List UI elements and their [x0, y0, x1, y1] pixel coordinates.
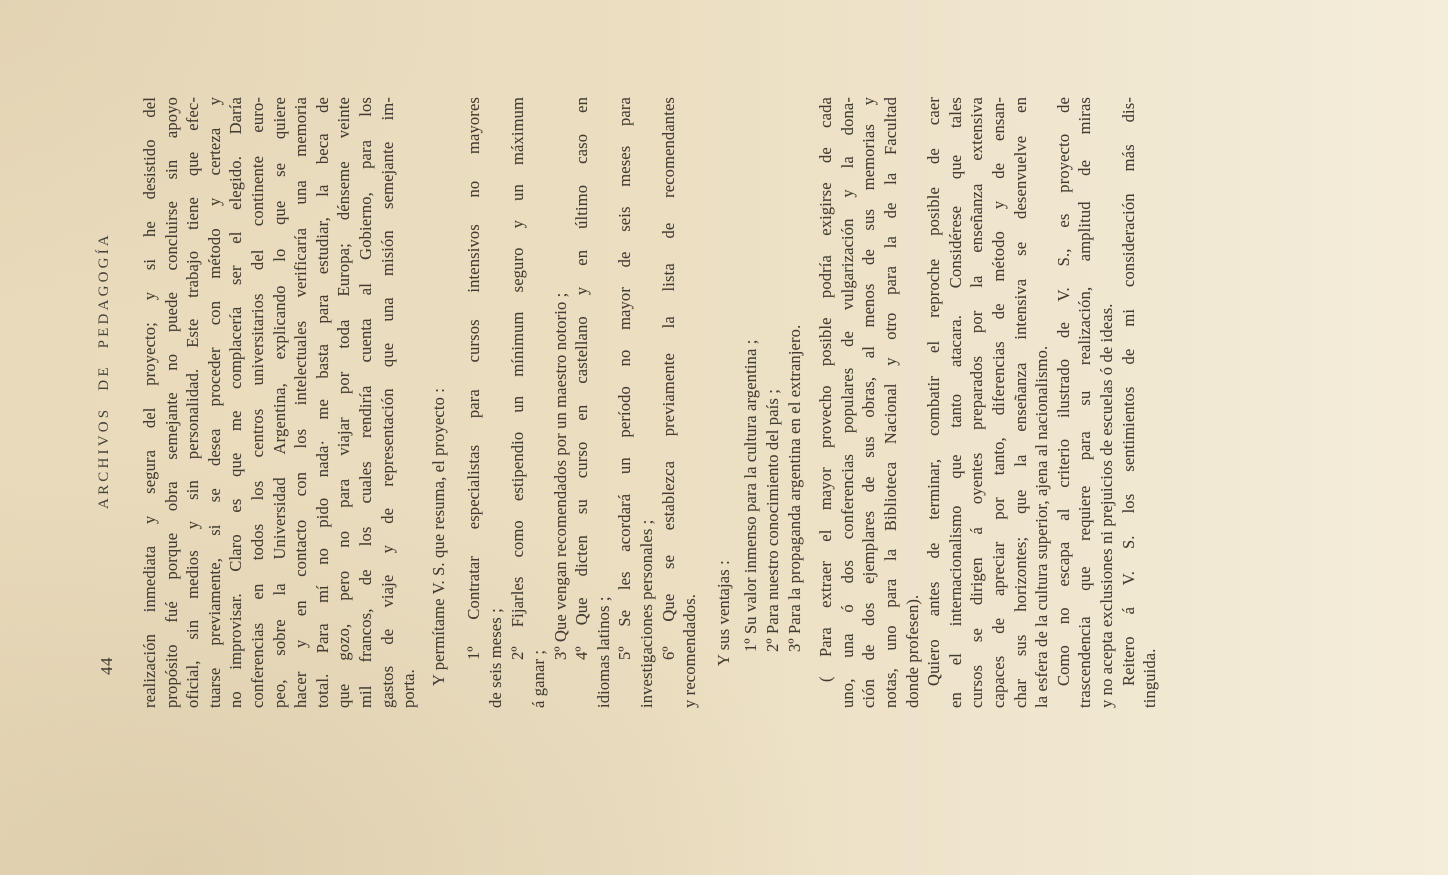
text-line: Como no escapa al criterio ilustrado de …: [1053, 97, 1075, 708]
text-line: porta.: [398, 97, 420, 708]
text-line: que gozo, pero no para viajar por toda E…: [333, 97, 355, 708]
text-line: 1º Su valor inmenso para la cultura arge…: [740, 97, 762, 708]
text-line: ción de dos ejemplares de sus obras, al …: [858, 97, 880, 708]
journal-title: ARCHIVOS DE PEDAGOGÍA: [96, 97, 113, 708]
text-line: la esfera de la cultura superior, ajena …: [1031, 97, 1053, 708]
text-line: capaces de apreciar por tanto, diferenci…: [988, 97, 1010, 708]
text-line: realización inmediata y segura del proye…: [139, 97, 161, 708]
text-line: 5º Se les acordará un período no mayor d…: [614, 97, 636, 708]
text-line: total. Para mí no pido nada· me basta pa…: [312, 97, 334, 708]
text-line: á ganar ;: [528, 97, 550, 708]
text-line: 1º Contratar especialistas para cursos i…: [463, 97, 485, 708]
text-line: mil francos, de los cuales rendiría cuen…: [355, 97, 377, 708]
text-line: en el internacionalismo que tanto atacar…: [945, 97, 967, 708]
text-line: char sus horizontes; que la enseñanza in…: [1010, 97, 1032, 708]
text-line: investigaciones personales ;: [636, 97, 658, 708]
text-line: 3º Para la propaganda argentina en el ex…: [784, 97, 806, 708]
text-line: conferencias en todos los centros univer…: [247, 97, 269, 708]
text-line: hacer y en contacto con los intelectuale…: [290, 97, 312, 708]
text-line: 2º Fijarles como estipendio un mínimum s…: [507, 97, 529, 708]
text-line: y no acepta exclusiones ni prejuicios de…: [1096, 97, 1118, 708]
text-line: de seis meses ;: [485, 97, 507, 708]
page-sheet: 44 ARCHIVOS DE PEDAGOGÍA realización inm…: [0, 0, 1448, 875]
text-line: 2º Para nuestro conocimiento del país ;: [762, 97, 784, 708]
text-line: propósito fué porque obra semejante no p…: [161, 97, 183, 708]
text-line: tuarse previamente, si se desea proceder…: [204, 97, 226, 708]
text-line: no improvisar. Claro es que me complacer…: [225, 97, 247, 708]
text-line: trascendencia que requiere para su reali…: [1074, 97, 1096, 708]
text-line: ( Para extraer el mayor provecho posible…: [815, 97, 837, 708]
text-line: gastos de viaje y de representación que …: [377, 97, 399, 708]
text-line: idiomas latinos ;: [593, 97, 615, 708]
scanned-book-page: 44 ARCHIVOS DE PEDAGOGÍA realización inm…: [0, 0, 1448, 875]
text-line: oficial, sin medios y sin personalidad. …: [182, 97, 204, 708]
text-line: Reitero á V. S. los sentimientos de mi c…: [1118, 97, 1140, 708]
text-line: donde profesen).: [902, 97, 924, 708]
text-line: 4º Que dicten su curso en castellano y e…: [571, 97, 593, 708]
text-line: notas, uno para la Biblioteca Nacional y…: [880, 97, 902, 708]
text-line: Y permítame V. S. que resuma, el proyect…: [428, 97, 450, 708]
text-line: Quiero antes de terminar, combatir el re…: [923, 97, 945, 708]
text-line: cursos se dirigen á oyentes preparados p…: [966, 97, 988, 708]
page-number: 44: [97, 657, 117, 675]
text-block: realización inmediata y segura del proye…: [139, 97, 1161, 708]
running-head: 44 ARCHIVOS DE PEDAGOGÍA: [96, 97, 120, 708]
text-line: y recomendados.: [679, 97, 701, 708]
text-line: 3º Que vengan recomendados por un maestr…: [550, 97, 572, 708]
text-line: tinguida.: [1139, 97, 1161, 708]
text-line: peo, sobre la Universidad Argentina, exp…: [269, 97, 291, 708]
text-line: Y sus ventajas :: [713, 97, 735, 708]
text-line: uno, una ó dos conferencias populares de…: [837, 97, 859, 708]
text-line: 6º Que se establezca previamente la list…: [658, 97, 680, 708]
